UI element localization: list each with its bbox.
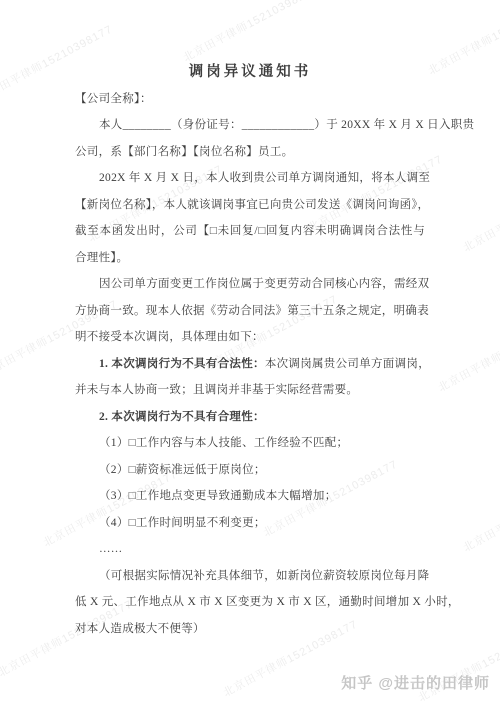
document-line: 明不接受本次调岗，具体理由如下： bbox=[75, 324, 425, 351]
document-line: 公司，系【部门名称】【岗位名称】员工。 bbox=[75, 139, 425, 166]
body-text: （4）□工作时间明显不利变更； bbox=[99, 517, 266, 529]
document-line: （4）□工作时间明显不利变更； bbox=[75, 510, 425, 537]
document-page: 北京田平律师15210398177北京田平律师15210398177北京田平律师… bbox=[0, 0, 500, 707]
document-content: 调岗异议通知书 【公司全称】：本人________（身份证号：_________… bbox=[75, 59, 425, 642]
document-line: 本人________（身份证号：____________）于 20XX 年 X … bbox=[75, 112, 425, 139]
body-text: 截至本函发出时，公司【□未回复/□回复内容未明确调岗合法性与 bbox=[75, 225, 425, 237]
document-line: 因公司单方面变更工作岗位属于变更劳动合同核心内容，需经双 bbox=[75, 271, 425, 298]
body-text: 【公司全称】： bbox=[75, 93, 152, 105]
document-line: （2）□薪资标准远低于原岗位； bbox=[75, 457, 425, 484]
body-text: 并未与本人协商一致；且调岗并非基于实际经营需要。 bbox=[75, 384, 358, 396]
body-text: 对本人造成极大不便等） bbox=[75, 623, 205, 635]
body-text: （1）□工作内容与本人技能、工作经验不匹配； bbox=[99, 437, 348, 449]
zhihu-credit: 知乎 @进击的田律师 bbox=[341, 672, 490, 693]
body-text: 低 X 元、工作地点从 X 市 X 区变更为 X 市 X 区，通勤时间增加 X … bbox=[75, 596, 460, 608]
body-text: （3）□工作地点变更导致通勤成本大幅增加； bbox=[99, 490, 337, 502]
document-line: 【新岗位名称】，本人就该调岗事宜已向贵公司发送《调岗问询函》， bbox=[75, 192, 425, 219]
document-line: 2. 本次调岗行为不具有合理性： bbox=[75, 404, 425, 431]
diagonal-watermark: 北京田平律师15210398177 bbox=[435, 311, 500, 396]
body-text: 本人________（身份证号：____________）于 20XX 年 X … bbox=[99, 119, 474, 131]
body-text: 本次调岗属贵公司单方面调岗， bbox=[265, 358, 430, 370]
diagonal-watermark: 北京田平律师15210398177 bbox=[425, 0, 500, 78]
document-line: 对本人造成极大不便等） bbox=[75, 616, 425, 643]
diagonal-watermark: 北京田平律师15210398177 bbox=[460, 171, 500, 256]
body-text: 公司，系【部门名称】【岗位名称】员工。 bbox=[75, 146, 293, 158]
body-text: 202X 年 X 月 X 日，本人收到贵公司单方调岗通知，将本人调至 bbox=[99, 172, 430, 184]
document-line: 并未与本人协商一致；且调岗并非基于实际经营需要。 bbox=[75, 377, 425, 404]
document-line: （3）□工作地点变更导致通勤成本大幅增加； bbox=[75, 483, 425, 510]
body-text: 【新岗位名称】，本人就该调岗事宜已向贵公司发送《调岗问询函》， bbox=[75, 199, 429, 211]
document-line: （1）□工作内容与本人技能、工作经验不匹配； bbox=[75, 430, 425, 457]
bold-text: 2. 本次调岗行为不具有合理性： bbox=[99, 411, 265, 423]
body-text: 方协商一致。现本人依据《劳动合同法》第三十五条之规定，明确表 bbox=[75, 305, 429, 317]
document-line: （可根据实际情况补充具体细节，如新岗位薪资较原岗位每月降 bbox=[75, 563, 425, 590]
document-line: 方协商一致。现本人依据《劳动合同法》第三十五条之规定，明确表 bbox=[75, 298, 425, 325]
document-line: 202X 年 X 月 X 日，本人收到贵公司单方调岗通知，将本人调至 bbox=[75, 165, 425, 192]
document-line: 1. 本次调岗行为不具有合法性：本次调岗属贵公司单方面调岗， bbox=[75, 351, 425, 378]
diagonal-watermark: 北京田平律师15210398177 bbox=[180, 0, 320, 65]
document-line: …… bbox=[75, 536, 425, 563]
bold-text: 1. 本次调岗行为不具有合法性： bbox=[99, 358, 265, 370]
body-text: 合理性】。 bbox=[75, 252, 128, 264]
document-line: 低 X 元、工作地点从 X 市 X 区变更为 X 市 X 区，通勤时间增加 X … bbox=[75, 589, 425, 616]
document-title: 调岗异议通知书 bbox=[75, 59, 425, 86]
document-line: 合理性】。 bbox=[75, 245, 425, 272]
body-text: （可根据实际情况补充具体细节，如新岗位薪资较原岗位每月降 bbox=[99, 570, 429, 582]
body-text: （2）□薪资标准远低于原岗位； bbox=[99, 464, 266, 476]
document-line: 【公司全称】： bbox=[75, 86, 425, 113]
document-line: 截至本函发出时，公司【□未回复/□回复内容未明确调岗合法性与 bbox=[75, 218, 425, 245]
body-text: …… bbox=[99, 543, 123, 555]
body-text: 明不接受本次调岗，具体理由如下： bbox=[75, 331, 264, 343]
document-lines: 【公司全称】：本人________（身份证号：____________）于 20… bbox=[75, 86, 425, 643]
diagonal-watermark: 北京田平律师15210398177 bbox=[460, 471, 500, 556]
body-text: 因公司单方面变更工作岗位属于变更劳动合同核心内容，需经双 bbox=[99, 278, 429, 290]
